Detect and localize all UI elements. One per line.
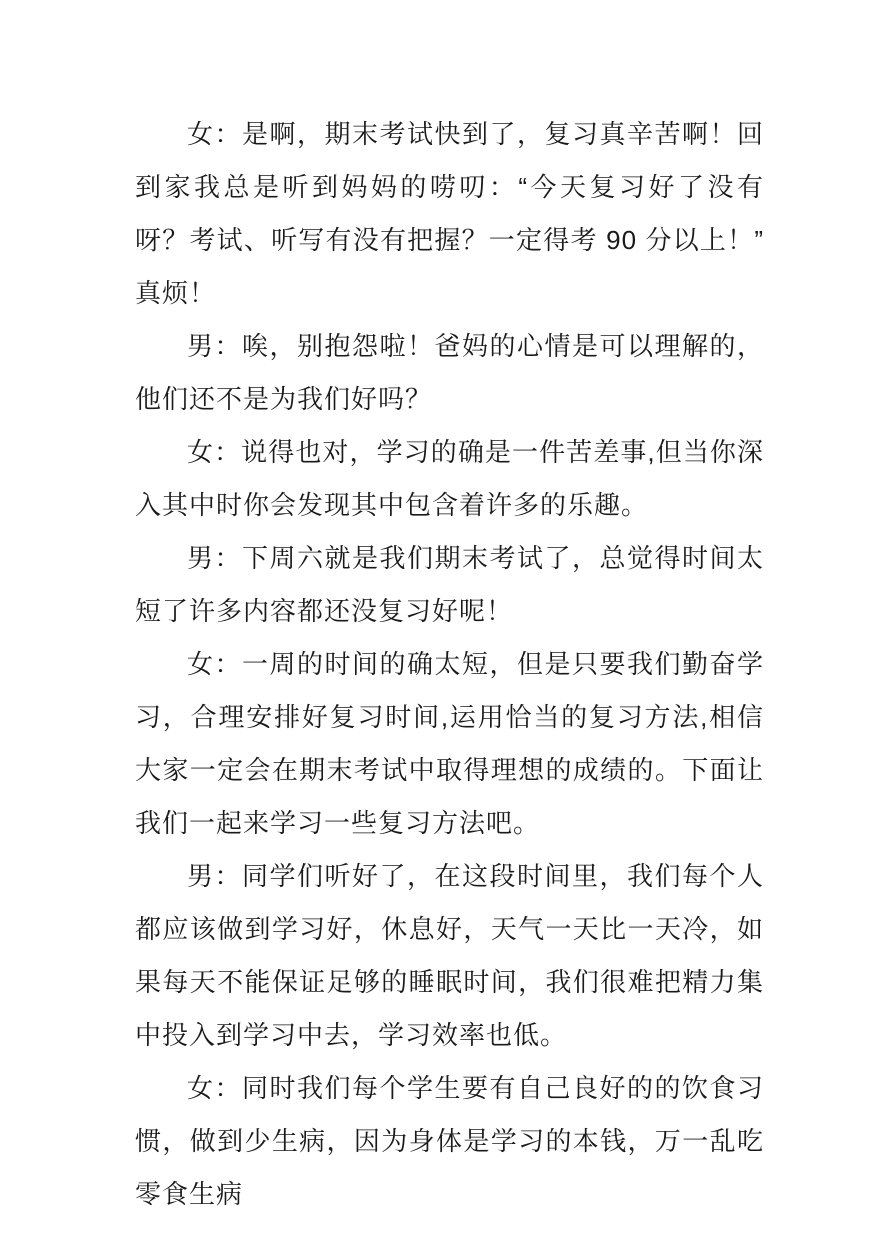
dialogue-paragraph-male-3: 男：同学们听好了，在这段时间里，我们每个人都应该做到学习好，休息好，天气一天比一… <box>135 850 764 1062</box>
dialogue-paragraph-female-4: 女：同时我们每个学生要有自己良好的的饮食习惯，做到少生病，因为身体是学习的本钱，… <box>135 1062 764 1221</box>
dialogue-paragraph-male-2: 男：下周六就是我们期末考试了，总觉得时间太短了许多内容都还没复习好呢！ <box>135 532 764 638</box>
document-page: 女：是啊，期末考试快到了，复习真辛苦啊！回到家我总是听到妈妈的唠叨：“今天复习好… <box>0 0 884 1250</box>
dialogue-paragraph-female-3: 女：一周的时间的确太短，但是只要我们勤奋学习，合理安排好复习时间,运用恰当的复习… <box>135 638 764 850</box>
dialogue-paragraph-female-1: 女：是啊，期末考试快到了，复习真辛苦啊！回到家我总是听到妈妈的唠叨：“今天复习好… <box>135 108 764 320</box>
dialogue-script-body: 女：是啊，期末考试快到了，复习真辛苦啊！回到家我总是听到妈妈的唠叨：“今天复习好… <box>135 108 764 1221</box>
dialogue-paragraph-female-2: 女：说得也对，学习的确是一件苦差事,但当你深入其中时你会发现其中包含着许多的乐趣… <box>135 426 764 532</box>
dialogue-paragraph-male-1: 男：唉，别抱怨啦！爸妈的心情是可以理解的，他们还不是为我们好吗？ <box>135 320 764 426</box>
